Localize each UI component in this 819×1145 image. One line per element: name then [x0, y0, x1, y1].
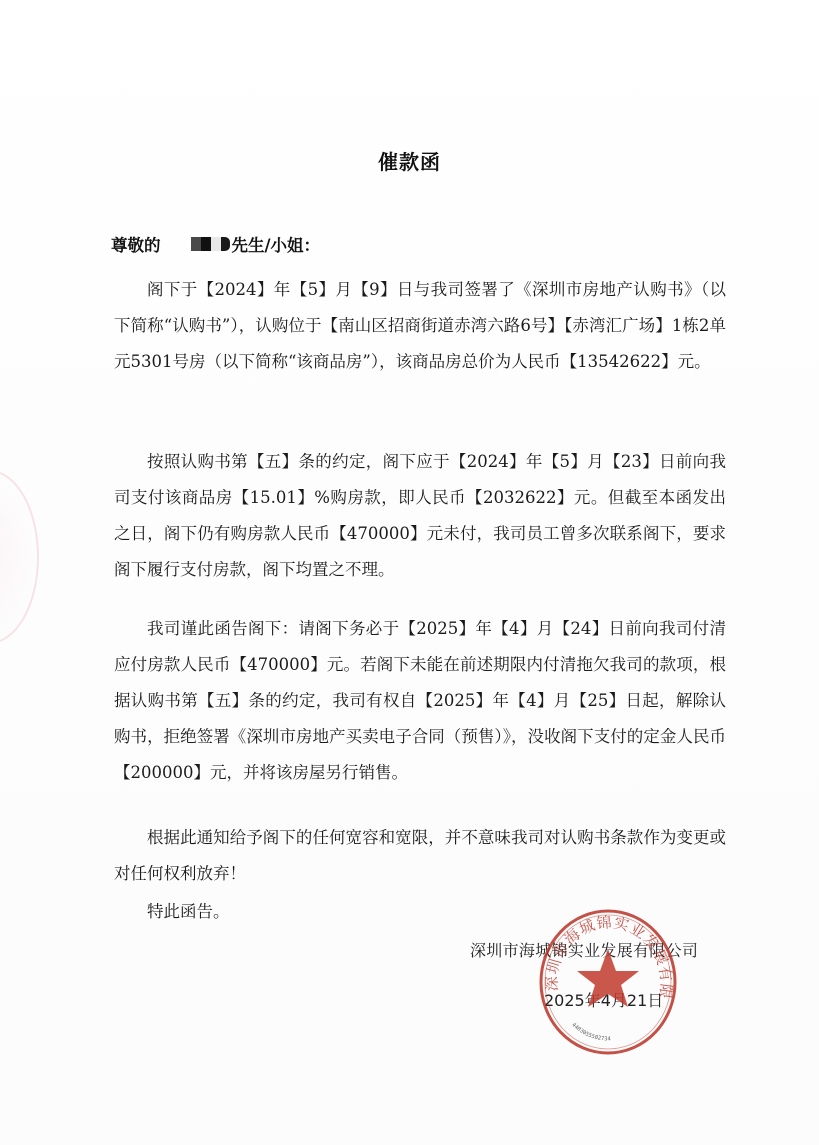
- paragraph-closing: 特此函告。: [114, 894, 726, 930]
- paragraph-no-waiver: 根据此通知给予阁下的任何宽容和宽限，并不意味我司对认购书条款作为变更或对任何权利…: [114, 820, 726, 892]
- paragraph-text: 按照认购书第【五】条的约定，阁下应于【2024】年【5】月【23】日前向我司支付…: [114, 444, 726, 588]
- paragraph-demand-notice: 我司谨此函告阁下：请阁下务必于【2025】年【4】月【24】日前向我司付清应付房…: [114, 611, 726, 791]
- faint-seal-imprint: [0, 470, 39, 644]
- paragraph-text: 特此函告。: [114, 894, 726, 930]
- svg-text:4403055502734: 4403055502734: [570, 1022, 611, 1042]
- paragraph-text: 根据此通知给予阁下的任何宽容和宽限，并不意味我司对认购书条款作为变更或对任何权利…: [114, 820, 726, 892]
- signature-date: 2025年4月21日: [544, 988, 663, 1011]
- document-title: 催款函: [0, 146, 819, 175]
- signature-company: 深圳市海城锦实业发展有限公司: [470, 938, 698, 961]
- salutation: 尊敬的 先生/小姐：: [111, 232, 320, 256]
- salutation-suffix: 先生/小姐：: [232, 232, 321, 256]
- salutation-prefix: 尊敬的: [111, 232, 161, 256]
- paragraph-payment-overdue: 按照认购书第【五】条的约定，阁下应于【2024】年【5】月【23】日前向我司支付…: [114, 444, 726, 588]
- paragraph-contract-details: 阁下于【2024】年【5】月【9】日与我司签署了《深圳市房地产认购书》（以下简称…: [114, 272, 726, 380]
- paragraph-text: 阁下于【2024】年【5】月【9】日与我司签署了《深圳市房地产认购书》（以下简称…: [114, 272, 726, 380]
- redacted-name: [191, 237, 230, 251]
- document-page: 催款函 尊敬的 先生/小姐： 阁下于【2024】年【5】月【9】日与我司签署了《…: [0, 0, 819, 1145]
- paragraph-text: 我司谨此函告阁下：请阁下务必于【2025】年【4】月【24】日前向我司付清应付房…: [114, 611, 726, 791]
